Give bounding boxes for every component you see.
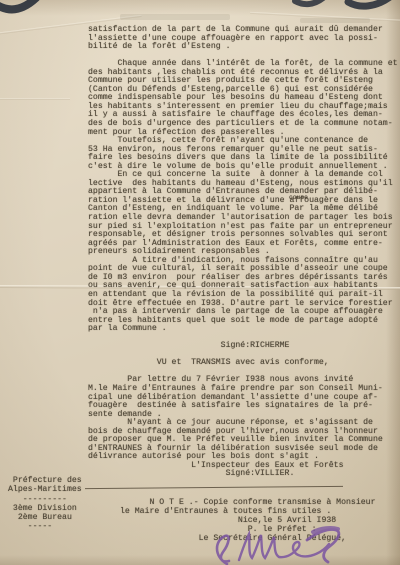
text-line: N O T E .- Copie conforme transmise à Mo… (120, 498, 376, 507)
inserted-word-correction: coupe (289, 195, 308, 202)
text-line: 3ème Division (8, 504, 82, 513)
text-line: Signé:RICHERME (88, 342, 400, 351)
paper-crease (0, 98, 70, 100)
separator-rule (85, 486, 343, 489)
letter-body-text: satisfaction de la part de la Commune qu… (88, 26, 400, 479)
text-line: 2ème Bureau (8, 513, 82, 522)
text-line: Signé:VILLIER. (88, 470, 400, 479)
text-line: Alpes-Maritimes (8, 485, 82, 494)
scanned-letter-page: { "colors": { "paper": "#ded4c0", "ink":… (0, 0, 400, 565)
prefecture-office-block: Préfecture desAlpes-Maritimes --------- … (8, 476, 82, 532)
text-line: Préfecture des (8, 476, 82, 485)
text-line: --------- (8, 495, 82, 504)
text-line: le Maire d'Entraunes à toutes fins utile… (120, 507, 376, 516)
cropped-ink-marks-top (0, 0, 400, 18)
ink-bleed-smudge (300, 18, 370, 23)
text-line: ----- (8, 522, 82, 531)
text-line: VU et TRANSMIS avec avis conforme, (88, 359, 400, 368)
text-line: par la Commune . (88, 325, 400, 334)
text-line: bilité de la forêt d'Esteng . (88, 43, 400, 52)
handwritten-signature (195, 520, 365, 565)
